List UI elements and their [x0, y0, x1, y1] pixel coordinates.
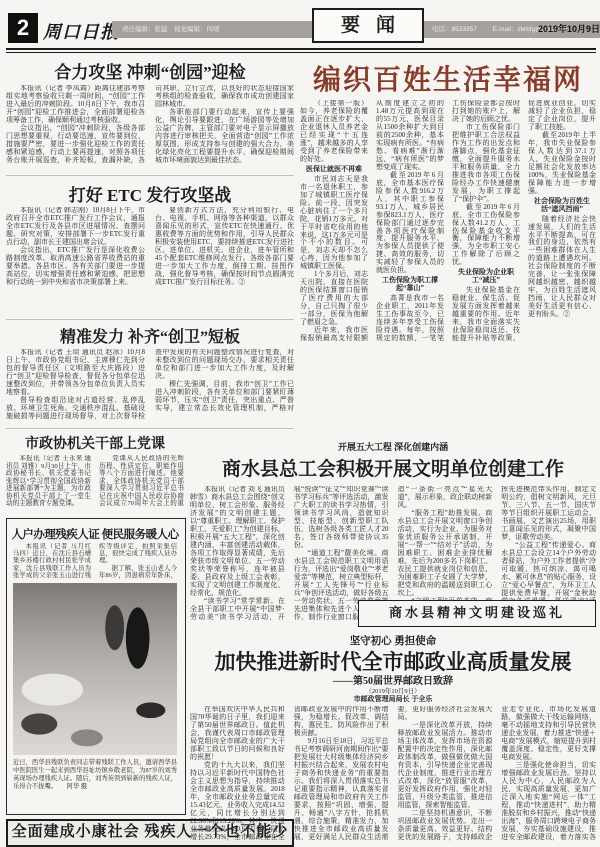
divider-rule: [6, 319, 294, 320]
phone-number: 电话：8533357: [432, 26, 477, 33]
photo-caption: 近日，西华县残联负责同志带着残联工作人员，邀请西华县中医院医生一起来到西华县址坊…: [13, 759, 177, 790]
article-paragraph: 截至2019年上半年，我市失业保险参保人数达到37.1万人，失业保险金按时足额社…: [528, 132, 596, 196]
article-subhead: 医保让就医不再难: [300, 166, 368, 174]
divider-rule: [6, 428, 294, 429]
header-rule-thick: [6, 48, 596, 50]
article-paragraph: 随着经济社会快速发展，人们的生活水平不断提高，可在我们的身边，依然有一些困难群体…: [528, 216, 596, 320]
article-paragraph: “服务工程”助推发展。商水县总工会开展文明窗口争创活动，实行为企业、为服务对象优…: [398, 510, 493, 598]
article-paragraph: 各职能部门要行动起来，宣传上要强化，舆论引导要跟进，在广场游园等处增加公益广告牌…: [155, 109, 294, 165]
section-name-box: 要闻: [312, 8, 424, 43]
article-paragraph: 本报讯（记者 刘飞 通讯员 韩雪）商水县总工会围绕“创文明单位、树工会形象、服务…: [190, 486, 285, 598]
article-paragraph: 截至2019年6月底，全市基本医疗保险参保人数916.2万人，其中职工参保93.…: [376, 172, 444, 276]
headline-shangshui-gonghui: 商水县总工会积极开展文明单位创建工作: [190, 454, 596, 481]
kicker-shangshui: 开展五大工程 深化创建内涵: [190, 440, 596, 453]
news-photo: [13, 583, 177, 755]
editor-info-bar: 责任编辑：张猛 视觉编辑：何晴: [112, 21, 314, 38]
headline-bianzhi-xingfuwang: 编织百姓生活幸福网: [300, 58, 596, 98]
article-subhead: 失业保险为企业职工“减压”: [452, 269, 520, 285]
article-paragraph: 一是深化改革开放，持续释放邮政业发展活力。推动市场主体改革，发挥市场在资源配置中…: [398, 722, 493, 810]
article-body-canjizheng: 本报讯（记者 马月红 马四）近日，在沈丘县石槽集乡苏楼行政村村民张学成家，沈丘县…: [13, 543, 177, 581]
headline-zhengxie-dangke: 市政协机关干部上党课: [6, 433, 184, 453]
article-paragraph: （上接第一版）如今，养老保险的覆盖面正在逐步扩大，企业退休人员养老金已经实现“十…: [300, 100, 368, 164]
article-paragraph: 本报讯（记者 王永来 通讯员 刘雅）9月30日上午，市政协秘书长、机关党委书记张…: [6, 455, 91, 508]
xunli-label-box: 商水县精神文明建设巡礼: [358, 600, 596, 627]
headline-canjizheng: 人户办理残疾人证 便民服务暖人心: [9, 526, 181, 542]
masthead-title: 周口日报: [43, 18, 119, 44]
article-body-jingzhun: 本报讯（记者 王琰 通讯员 赵冰）10月8日上午，市政协党组书记、主席穆仁先到分…: [6, 349, 294, 426]
article-paragraph: 市工伤保险部门把维护职工合法权益作为工作的出发点和落脚点，强化基金征缴，全面提升…: [452, 124, 520, 204]
article-body-youzheng: 在举国欢庆中华人民共和国70华诞的日子里，我们迎来了第50届世界邮政日。值此机会…: [190, 706, 596, 843]
headline-etc: 打好 ETC 发行攻坚战: [6, 181, 294, 206]
article-paragraph: 在举国欢庆中华人民共和国70华诞的日子里，我们迎来了第50届世界邮政日。值此机会…: [190, 706, 285, 762]
divider-rule: [6, 175, 294, 176]
article-paragraph: 要创新方式方法，充分利用银行、电台、电视、手机、网络等各种渠道，以群众喜闻乐见的…: [155, 207, 294, 287]
headline-jingzhun-fali: 精准发力 补齐“创卫”短板: [6, 324, 294, 347]
article-paragraph: 截至2019年6月底，全市工伤保险参保人数41.2万人，工伤保险基金收支平衡，保…: [452, 204, 520, 268]
boxed-article-canjizheng: 人户办理残疾人证 便民服务暖人心 本报讯（记者 马月红 马四）近日，在沈丘县石槽…: [6, 518, 186, 815]
subtitle-youzheng: ——第50届世界邮政日致辞: [190, 672, 596, 687]
author-youzheng: 市邮政管理局局长 于全乐: [190, 694, 596, 704]
article-body-heli: 本报讯（记者 李凤霞）距离住建部考察组实地考察验收只剩一周时间，“创园”工作进入…: [6, 85, 294, 172]
article-paragraph: 会议指出，ETC推广发行是深化收费公路制度改革、取消高速公路省界收费站的重要举措…: [6, 247, 145, 287]
article-paragraph: 市民刘志天是我市一名退休职工，参加了城镇职工医疗保险。前一段，因突发心脏病住了一…: [300, 176, 368, 272]
issue-date: 2019年10月9日: [538, 21, 600, 38]
newspaper-page: 2 周口日报 责任编辑：张猛 视觉编辑：何晴 要闻 电话：8533357 E-m…: [0, 0, 600, 847]
headline-heli-gongjian: 合力攻坚 冲刺“创园”迎检: [6, 58, 294, 83]
article-body-bianzhi: （上接第一版）如今，养老保险的覆盖面正在逐步扩大，企业退休人员养老金已经实现“十…: [300, 100, 596, 434]
page-number: 2: [8, 13, 38, 43]
contact-info-bar: 电话：8533357 E-mail：zkrbtg@126.com 2019年10…: [424, 21, 600, 38]
header-rule-thin: [6, 52, 596, 53]
article-paragraph: 本报讯（记者 李凤霞）距离住建部考察组实地考察验收只剩一周时间，“创园”工作进入…: [6, 85, 145, 125]
article-paragraph: 党课从人民政协的光辉历程、性质定位、职能作用等八个方面进行阐述。他要求，全体政协…: [99, 455, 184, 514]
article-paragraph: 1个多月后，刘志天出院，直接在医院的医保结算窗口报销了医疗费用的大部分，自己只掏…: [300, 271, 368, 327]
article-subhead: 社会保险为百姓生活“遮风挡雨”: [528, 198, 596, 214]
article-paragraph: 本报讯（记者 韩志刚）10月8日下午，市政府召开全市ETC推广发行工作会议，通报…: [6, 207, 145, 247]
article-paragraph: 本报讯（记者 王琰 通讯员 赵冰）10月8日上午，市政协党组书记、主席穆仁先到分…: [6, 349, 145, 397]
article-subhead: 工伤保险为职工撑起“靠山”: [376, 277, 444, 293]
article-body-zhengxie: 本报讯（记者 王永来 通讯员 刘雅）9月30日上午，市政协秘书长、机关党委书记张…: [6, 455, 184, 514]
article-body-etc: 本报讯（记者 韩志刚）10月8日下午，市政府召开全市ETC推广发行工作会议，通报…: [6, 207, 294, 316]
